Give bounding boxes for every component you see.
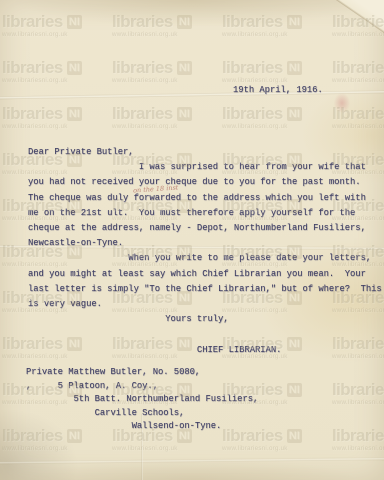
letter-line: When you write to me please date your le…	[28, 251, 382, 266]
letter-line: Dear Private Butler,	[28, 145, 382, 160]
letter-date: 19th April, 1916.	[233, 85, 323, 95]
watermark-brand: librariesNI	[112, 59, 192, 76]
watermark-ni-logo: NI	[67, 15, 82, 29]
watermark-ni-logo: NI	[287, 61, 302, 75]
watermark-tile: librariesNIwww.librariesni.org.uk	[112, 105, 192, 130]
watermark-url: www.librariesni.org.uk	[222, 77, 302, 84]
watermark-ni-logo: NI	[177, 107, 192, 121]
watermark-tile: librariesNIwww.librariesni.org.uk	[2, 105, 82, 130]
watermark-tile: librariesNIwww.librariesni.org.uk	[112, 59, 192, 84]
watermark-url: www.librariesni.org.uk	[222, 123, 302, 130]
watermark-url: www.librariesni.org.uk	[332, 31, 384, 38]
watermark-url: www.librariesni.org.uk	[112, 123, 192, 130]
letter-line	[28, 327, 382, 342]
address-line: Private Matthew Butler, No. 5080,	[26, 366, 258, 380]
watermark-brand: librariesNI	[332, 381, 384, 398]
watermark-url: www.librariesni.org.uk	[112, 31, 192, 38]
fold-crease-bottom	[0, 457, 384, 465]
watermark-brand: librariesNI	[332, 59, 384, 76]
letter-line: is very vague.	[28, 297, 382, 312]
watermark-url: www.librariesni.org.uk	[332, 445, 384, 452]
watermark-ni-logo: NI	[287, 15, 302, 29]
watermark-brand: librariesNI	[112, 105, 192, 122]
watermark-ni-logo: NI	[287, 107, 302, 121]
watermark-tile: librariesNIwww.librariesni.org.uk	[222, 105, 302, 130]
fold-crease-top	[0, 90, 384, 100]
letter-line: Newcastle-on-Tyne.	[28, 236, 382, 251]
watermark-brand: librariesNI	[222, 59, 302, 76]
letter-body: Dear Private Butler, I was surprised to …	[28, 145, 382, 358]
letter-line: I was surprised to hear from your wife t…	[28, 160, 382, 175]
address-line: , 5 Platoon, A. Coy.,	[26, 380, 258, 394]
watermark-tile: librariesNIwww.librariesni.org.uk	[332, 427, 384, 452]
watermark-brand: librariesNI	[112, 13, 192, 30]
scanned-letter-page: 19th April, 1916. on the 18 inst Dear Pr…	[0, 0, 384, 480]
watermark-url: www.librariesni.org.uk	[332, 77, 384, 84]
folded-corner	[336, 0, 384, 33]
watermark-brand: librariesNI	[222, 13, 302, 30]
watermark-url: www.librariesni.org.uk	[332, 123, 384, 130]
watermark-tile: librariesNIwww.librariesni.org.uk	[222, 13, 302, 38]
watermark-brand: librariesNI	[222, 105, 302, 122]
watermark-ni-logo: NI	[287, 429, 302, 443]
watermark-ni-logo: NI	[67, 107, 82, 121]
address-line: 5th Batt. Northumberland Fusiliers,	[26, 393, 258, 407]
watermark-brand: librariesNI	[2, 59, 82, 76]
watermark-brand: librariesNI	[332, 427, 384, 444]
watermark-url: www.librariesni.org.uk	[112, 445, 192, 452]
letter-line: me on the 21st ult. You must therefore a…	[28, 206, 382, 221]
watermark-ni-logo: NI	[177, 61, 192, 75]
watermark-url: www.librariesni.org.uk	[222, 31, 302, 38]
recipient-address: Private Matthew Butler, No. 5080,, 5 Pla…	[26, 366, 258, 434]
watermark-ni-logo: NI	[287, 383, 302, 397]
address-line: Wallsend-on-Tyne.	[26, 420, 258, 434]
watermark-tile: librariesNIwww.librariesni.org.uk	[332, 381, 384, 406]
letter-line: Yours truly,	[28, 312, 382, 327]
ink-stain	[333, 92, 351, 114]
letter-line: cheque at the address, namely - Depot, N…	[28, 221, 382, 236]
watermark-url: www.librariesni.org.uk	[2, 31, 82, 38]
watermark-ni-logo: NI	[67, 61, 82, 75]
letter-line: CHIEF LIBRARIAN.	[28, 343, 382, 358]
letter-line: and you might at least say which Chief L…	[28, 267, 382, 282]
letter-line: you had not received your cheque due to …	[28, 175, 382, 190]
address-line: Carville Schools,	[26, 407, 258, 421]
watermark-url: www.librariesni.org.uk	[332, 399, 384, 406]
watermark-ni-logo: NI	[177, 15, 192, 29]
letter-line: last letter is simply "To the Chief Libr…	[28, 282, 382, 297]
watermark-tile: librariesNIwww.librariesni.org.uk	[222, 59, 302, 84]
watermark-url: www.librariesni.org.uk	[112, 77, 192, 84]
watermark-tile: librariesNIwww.librariesni.org.uk	[112, 13, 192, 38]
watermark-tile: librariesNIwww.librariesni.org.uk	[2, 13, 82, 38]
watermark-url: www.librariesni.org.uk	[2, 445, 82, 452]
watermark-brand: librariesNI	[2, 13, 82, 30]
watermark-tile: librariesNIwww.librariesni.org.uk	[2, 59, 82, 84]
watermark-url: www.librariesni.org.uk	[222, 445, 302, 452]
watermark-tile: librariesNIwww.librariesni.org.uk	[332, 59, 384, 84]
watermark-url: www.librariesni.org.uk	[2, 123, 82, 130]
watermark-url: www.librariesni.org.uk	[2, 77, 82, 84]
letter-line: The cheque was duly forwarded to the add…	[28, 191, 382, 206]
watermark-brand: librariesNI	[2, 105, 82, 122]
